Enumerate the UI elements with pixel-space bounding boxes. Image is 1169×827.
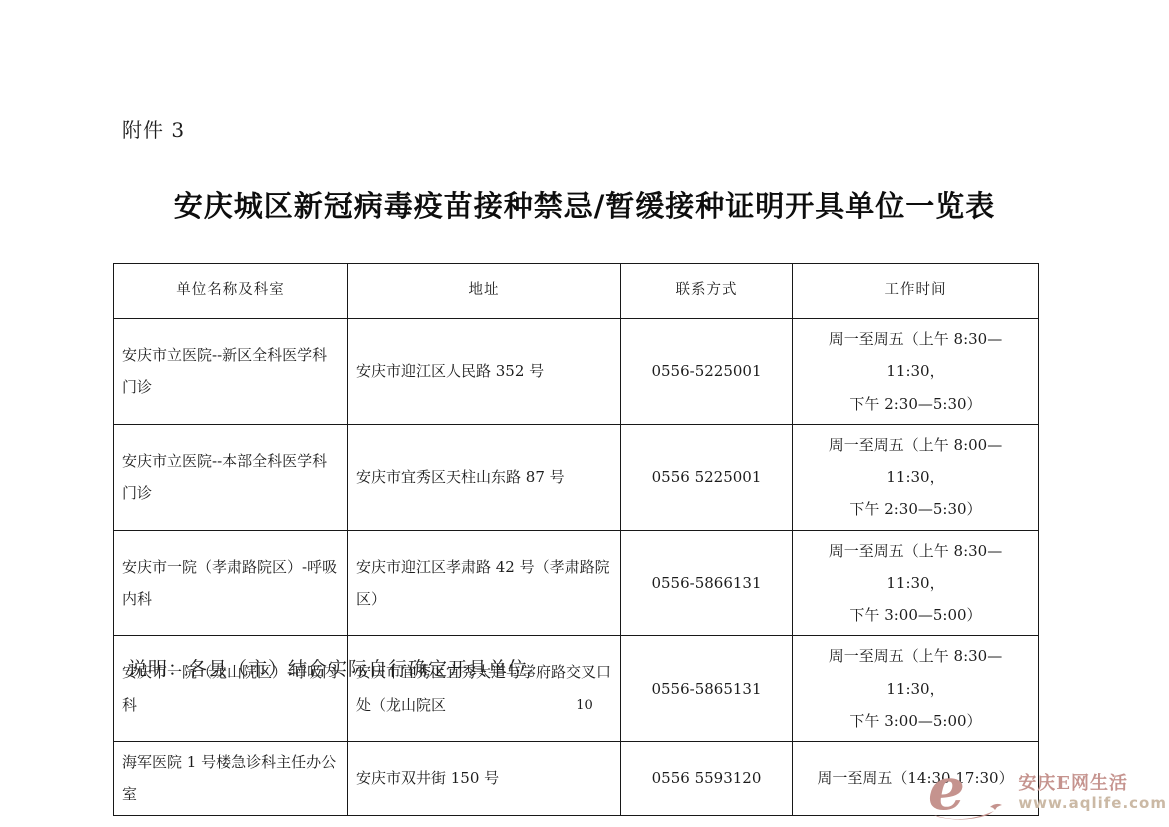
cell-phone: 0556 5593120 (621, 742, 793, 816)
note-text: 说明：各县（市）结合实际自行确定开具单位。 (128, 654, 548, 681)
cell-address: 安庆市宜秀区天柱山东路 87 号 (348, 424, 621, 530)
hours-line1: 周一至周五（上午 8:30—11:30， (801, 323, 1030, 388)
cell-phone: 0556-5865131 (621, 636, 793, 742)
cell-unit: 安庆市立医院--新区全科医学科门诊 (114, 319, 348, 425)
table-row: 海军医院 1 号楼急诊科主任办公室 安庆市双井街 150 号 0556 5593… (114, 742, 1039, 816)
units-table: 单位名称及科室 地址 联系方式 工作时间 安庆市立医院--新区全科医学科门诊 安… (113, 263, 1039, 816)
aqlife-logo-icon: e (928, 765, 1016, 827)
col-header-hours: 工作时间 (793, 264, 1039, 319)
watermark-site-url: www.aqlife.com (1018, 795, 1167, 812)
cell-hours: 周一至周五（上午 8:30—11:30， 下午 3:00—5:00） (793, 636, 1039, 742)
watermark: e 安庆E网生活 www.aqlife.com (928, 765, 1167, 827)
page-number: 10 (0, 698, 1169, 713)
table-row: 安庆市一院（龙山院区）-呼吸内科 安庆市宜秀区宜秀大道与学府路交叉口处（龙山院区… (114, 636, 1039, 742)
cell-address: 安庆市迎江区人民路 352 号 (348, 319, 621, 425)
cell-phone: 0556 5225001 (621, 424, 793, 530)
cell-unit: 海军医院 1 号楼急诊科主任办公室 (114, 742, 348, 816)
svg-text:e: e (928, 765, 965, 823)
hours-line1: 周一至周五（上午 8:00—11:30， (801, 429, 1030, 494)
hours-line1: 周一至周五（上午 8:30—11:30， (801, 640, 1030, 705)
watermark-text: 安庆E网生活 www.aqlife.com (1018, 774, 1167, 818)
document-page: 附件 3 安庆城区新冠病毒疫苗接种禁忌/暂缓接种证明开具单位一览表 单位名称及科… (0, 0, 1169, 827)
cell-hours: 周一至周五（上午 8:30—11:30， 下午 3:00—5:00） (793, 530, 1039, 636)
table-row: 安庆市一院（孝肃路院区）-呼吸内科 安庆市迎江区孝肃路 42 号（孝肃路院区） … (114, 530, 1039, 636)
hours-line2: 下午 2:30—5:30） (801, 493, 1030, 525)
cell-hours: 周一至周五（上午 8:00—11:30， 下午 2:30—5:30） (793, 424, 1039, 530)
attachment-label: 附件 3 (122, 114, 185, 143)
cell-address: 安庆市宜秀区宜秀大道与学府路交叉口处（龙山院区 (348, 636, 621, 742)
cell-phone: 0556-5225001 (621, 319, 793, 425)
hours-line1: 周一至周五（上午 8:30—11:30， (801, 535, 1030, 600)
hours-line2: 下午 3:00—5:00） (801, 599, 1030, 631)
cell-unit: 安庆市一院（龙山院区）-呼吸内科 (114, 636, 348, 742)
cell-address: 安庆市迎江区孝肃路 42 号（孝肃路院区） (348, 530, 621, 636)
col-header-phone: 联系方式 (621, 264, 793, 319)
table-header-row: 单位名称及科室 地址 联系方式 工作时间 (114, 264, 1039, 319)
hours-line2: 下午 2:30—5:30） (801, 388, 1030, 420)
col-header-address: 地址 (348, 264, 621, 319)
cell-address: 安庆市双井街 150 号 (348, 742, 621, 816)
cell-unit: 安庆市一院（孝肃路院区）-呼吸内科 (114, 530, 348, 636)
col-header-unit: 单位名称及科室 (114, 264, 348, 319)
table-row: 安庆市立医院--新区全科医学科门诊 安庆市迎江区人民路 352 号 0556-5… (114, 319, 1039, 425)
cell-hours: 周一至周五（上午 8:30—11:30， 下午 2:30—5:30） (793, 319, 1039, 425)
cell-unit: 安庆市立医院--本部全科医学科门诊 (114, 424, 348, 530)
watermark-site-name: 安庆E网生活 (1018, 774, 1167, 795)
table-row: 安庆市立医院--本部全科医学科门诊 安庆市宜秀区天柱山东路 87 号 0556 … (114, 424, 1039, 530)
cell-phone: 0556-5866131 (621, 530, 793, 636)
page-title: 安庆城区新冠病毒疫苗接种禁忌/暂缓接种证明开具单位一览表 (0, 184, 1169, 225)
